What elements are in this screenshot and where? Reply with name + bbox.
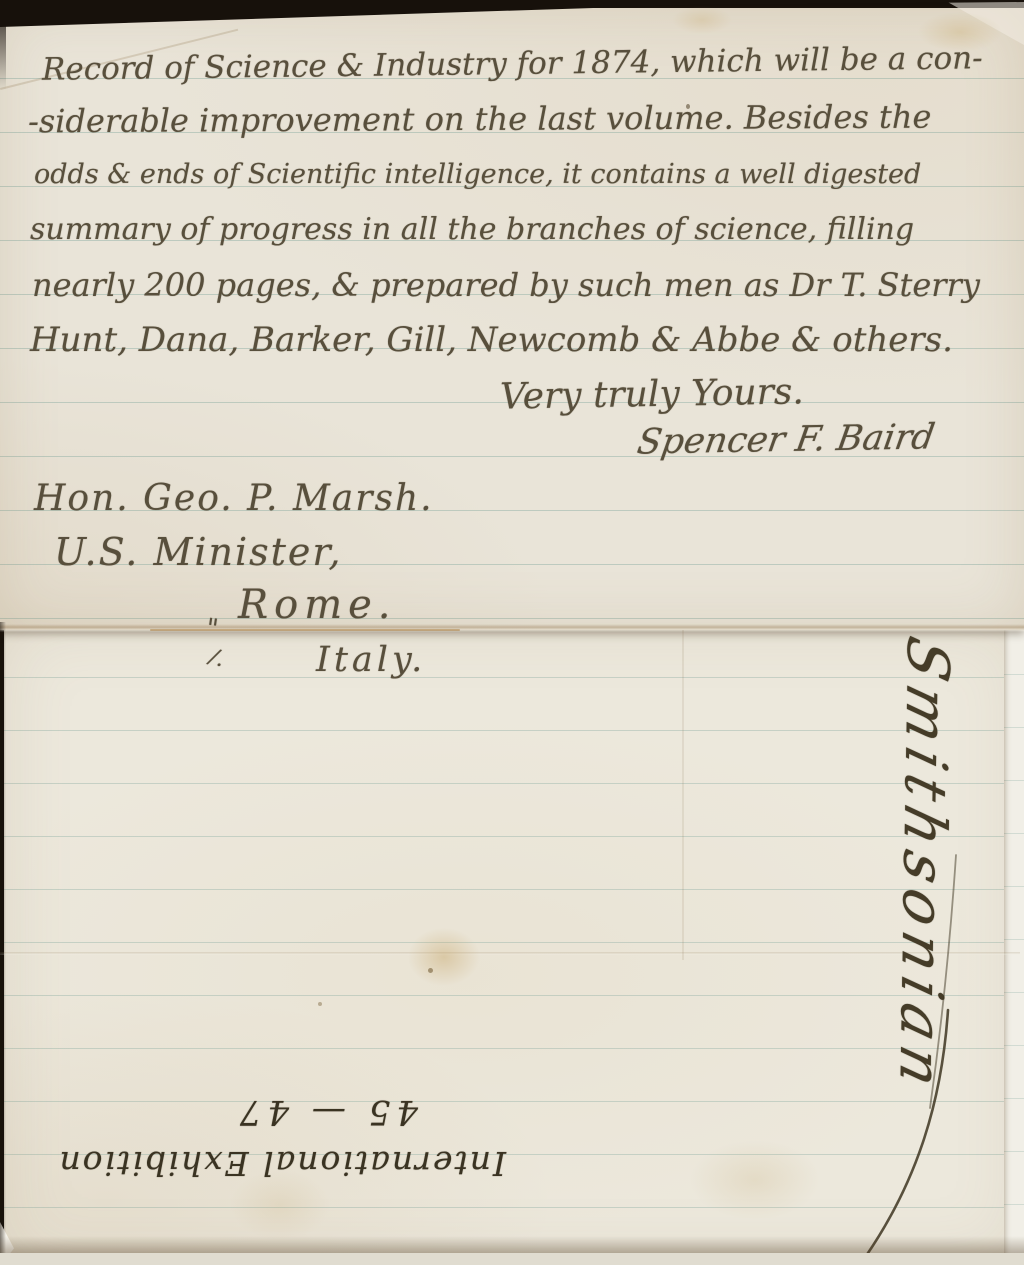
letter-line-4: summary of progress in all the branches …: [30, 212, 914, 247]
letter-line-6: Hunt, Dana, Barker, Gill, Newcomb & Abbe…: [30, 320, 953, 360]
page-bottom-shadow: [0, 1236, 1024, 1254]
scan-edge-left: [0, 622, 6, 1265]
letter-line-5: nearly 200 pages, & prepared by such men…: [32, 266, 980, 304]
recipient-country: Italy.: [316, 640, 426, 680]
paper-edge-strip: [1004, 622, 1024, 1265]
vertical-annotation: Smithsonian: [886, 630, 962, 1103]
vertical-crease: [682, 630, 684, 960]
scan-edge-bottom: [0, 1253, 1024, 1265]
recipient-city: Rome.: [238, 582, 397, 628]
horizontal-crease: [0, 952, 1020, 955]
stain: [690, 1140, 820, 1220]
closing-salutation: Very truly Yours.: [500, 371, 804, 417]
recipient-title: U.S. Minister,: [54, 530, 342, 574]
letter-scan: Record of Science & Industry for 1874, w…: [0, 0, 1024, 1265]
signature: Spencer F. Baird: [634, 417, 937, 462]
fold-line-dark-segment: [150, 629, 460, 631]
ink-speck: [428, 968, 433, 973]
stain: [408, 928, 480, 986]
upside-down-annotation: International Exhibition 45 — 47: [28, 1092, 506, 1183]
recipient-name: Hon. Geo. P. Marsh.: [34, 478, 434, 519]
upside-down-annotation-text: International Exhibition: [28, 1144, 506, 1183]
letter-line-2: -siderable improvement on the last volum…: [28, 98, 932, 141]
scan-edge-top-left: [0, 0, 6, 90]
upside-down-annotation-number: 45 — 47: [28, 1092, 418, 1132]
ink-speck: [318, 1002, 322, 1006]
letter-line-3: odds & ends of Scientific intelligence, …: [34, 159, 921, 190]
stain: [672, 6, 732, 34]
